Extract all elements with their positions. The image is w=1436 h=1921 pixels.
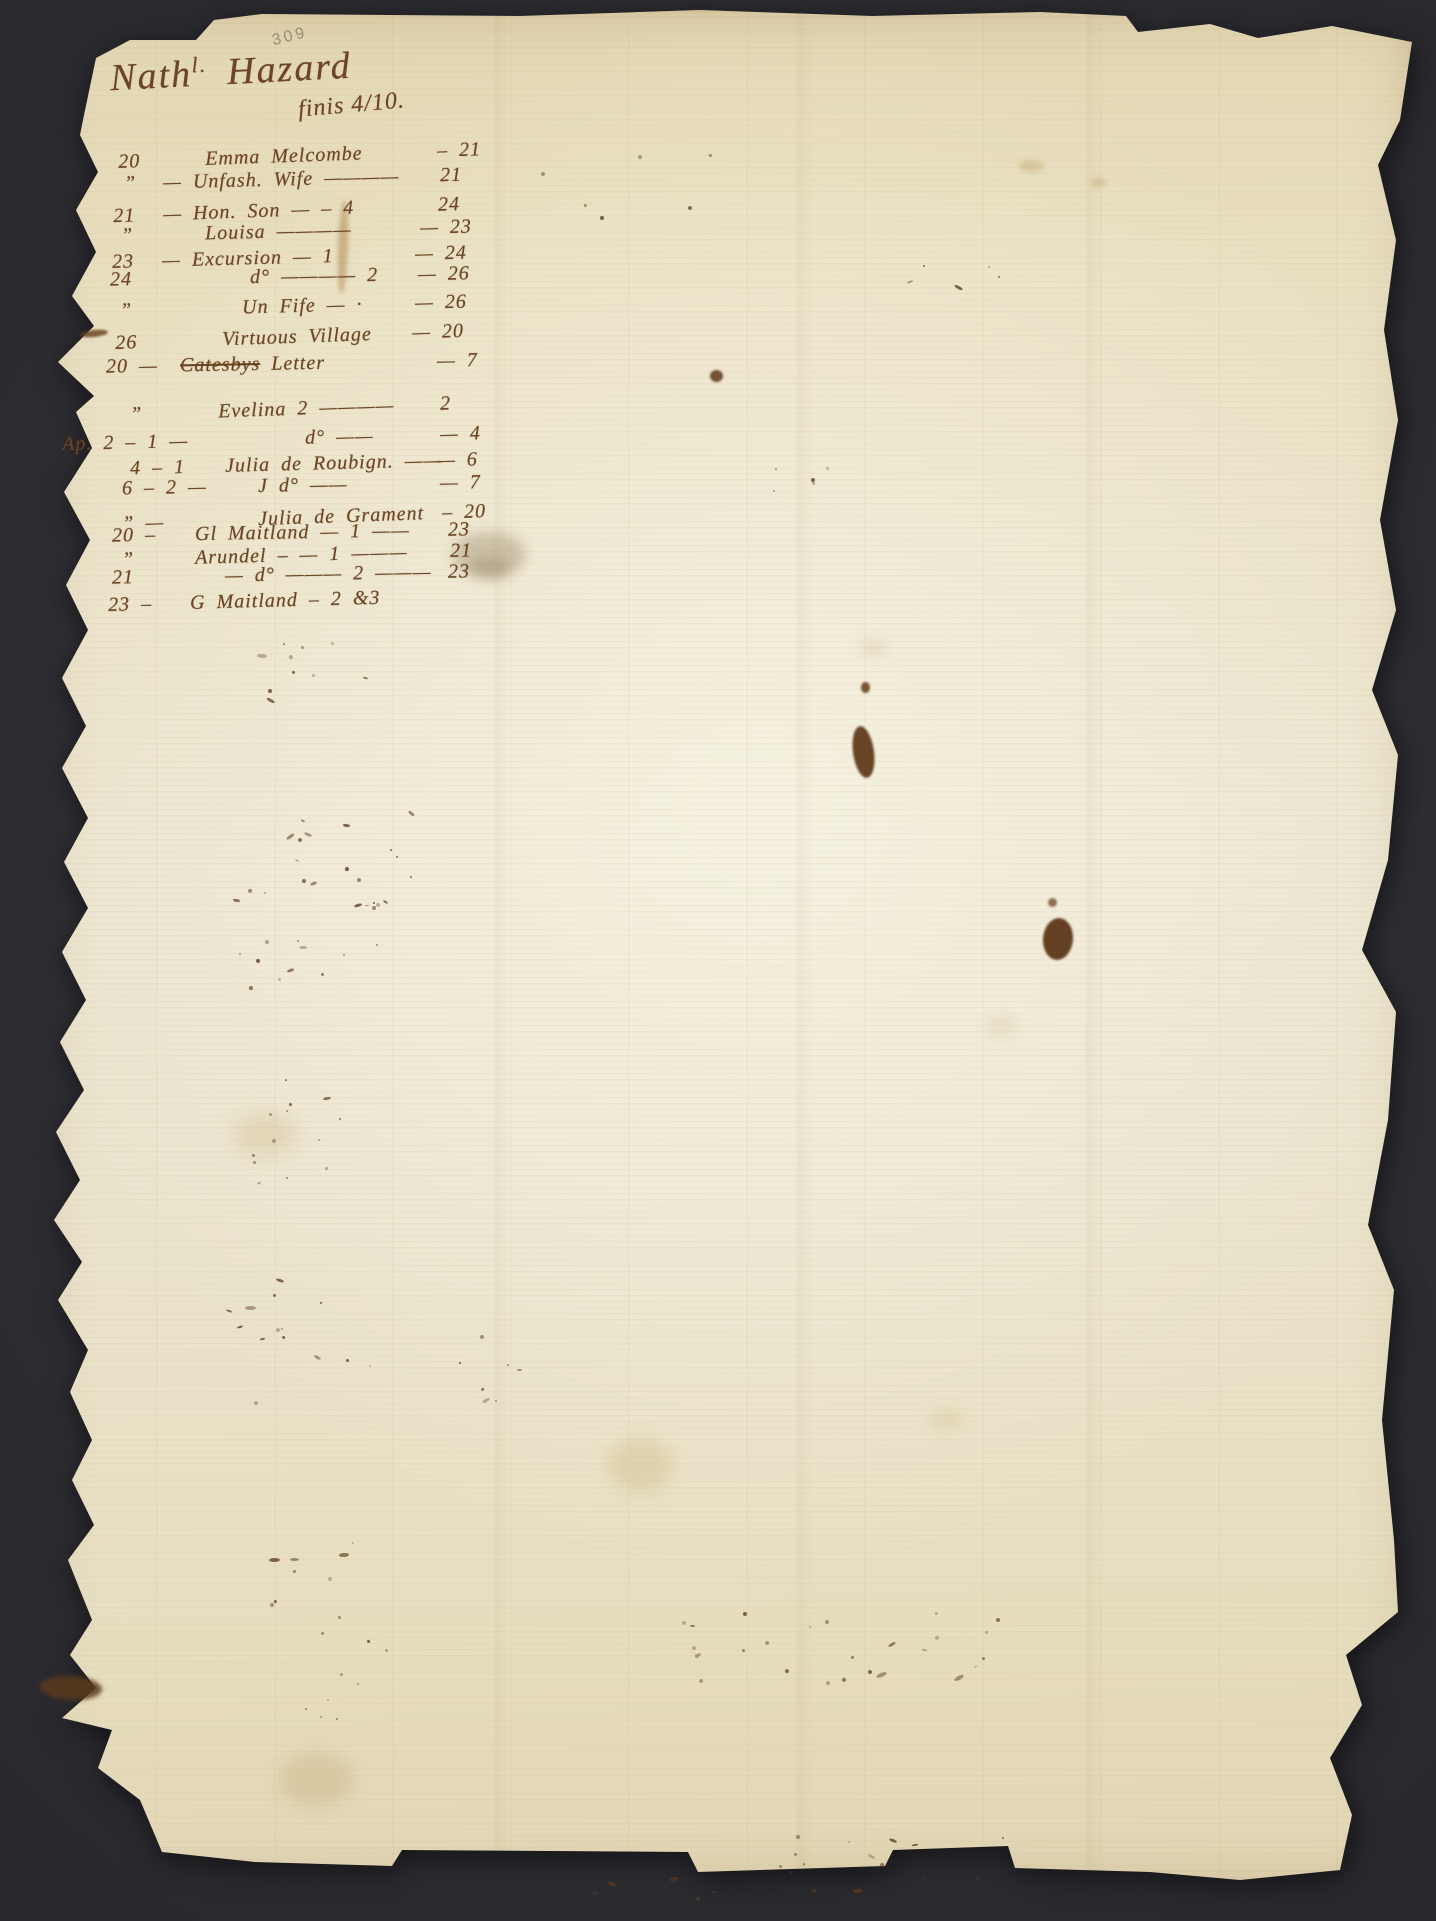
row-title: G Maitland – 2 &3 <box>190 587 381 615</box>
stain <box>232 1112 298 1156</box>
heading-name-rest: Hazard <box>206 45 352 94</box>
stain <box>861 682 870 693</box>
row-page: — 6 <box>437 448 478 472</box>
speck <box>794 1852 797 1855</box>
row-title-struck: Catesbys <box>180 353 261 376</box>
stain <box>860 640 886 656</box>
row-page: — 7 <box>437 349 478 373</box>
speck <box>254 1401 258 1405</box>
photo-frame: 309 Nathl. Hazard finis 4/10. 20Emma Mel… <box>0 0 1436 1921</box>
row-title: d° —— <box>305 425 374 450</box>
speck <box>372 906 376 910</box>
row-date: Ap. 2 – 1 — <box>62 430 189 456</box>
stain <box>608 1438 672 1492</box>
row-page: 24 <box>438 193 461 217</box>
row-date: 21 <box>112 566 134 589</box>
row-date: 20 – <box>112 524 156 548</box>
row-title: Evelina 2 ———— <box>218 394 395 423</box>
row-title: Catesbys Letter <box>180 352 325 378</box>
row-date: 20 <box>118 150 141 174</box>
row-page: 23 <box>448 518 470 541</box>
stain <box>930 1408 964 1430</box>
row-date: 20 — <box>106 355 158 379</box>
stain <box>1048 898 1057 907</box>
row-title: d° ———— 2 <box>250 264 379 289</box>
row-page: — 26 <box>418 262 470 286</box>
row-date: ” <box>124 172 137 195</box>
row-date: 23 – <box>108 593 153 617</box>
speck <box>495 1400 497 1402</box>
row-title: Un Fife — · <box>242 293 363 319</box>
heading-name-superscript: l. <box>191 52 208 78</box>
row-page: — 20 <box>412 320 465 345</box>
row-date: 26 <box>115 331 138 355</box>
row-page: – 21 <box>437 138 482 163</box>
row-date: ” <box>121 224 134 247</box>
row-title: — d° ——— 2 ——— <box>225 561 432 588</box>
stain <box>278 1752 354 1806</box>
speck <box>681 1891 684 1894</box>
heading-name-main: Nath <box>109 53 193 99</box>
row-title: — Unfash. Wife ———— <box>163 165 400 194</box>
row-title: J d° —— <box>258 473 348 498</box>
row-page: — 26 <box>415 291 467 315</box>
row-page: — 7 <box>440 471 481 495</box>
row-page: 2 <box>440 392 452 415</box>
row-page: — 23 <box>420 215 472 239</box>
speck <box>346 1358 350 1362</box>
speck <box>268 689 272 693</box>
row-date: ” <box>120 299 133 322</box>
speck <box>517 1368 522 1370</box>
speck <box>711 1890 716 1892</box>
row-date: ” <box>130 403 143 426</box>
speck <box>245 1306 255 1310</box>
row-date: 6 – 2 — <box>122 476 207 500</box>
speck <box>369 1365 372 1368</box>
speck <box>252 1154 255 1157</box>
row-page: — 4 <box>440 422 481 446</box>
row-title: Virtuous Village <box>222 323 372 351</box>
speck <box>281 1328 283 1330</box>
stain <box>986 1016 1016 1036</box>
stain <box>710 370 723 382</box>
speck <box>292 1570 295 1573</box>
row-date: 24 <box>110 268 132 291</box>
row-title: Louisa ———— <box>205 219 352 246</box>
speck <box>339 1117 341 1119</box>
row-page: 21 <box>440 164 463 188</box>
row-page: 23 <box>448 560 470 583</box>
speck <box>808 1625 811 1628</box>
